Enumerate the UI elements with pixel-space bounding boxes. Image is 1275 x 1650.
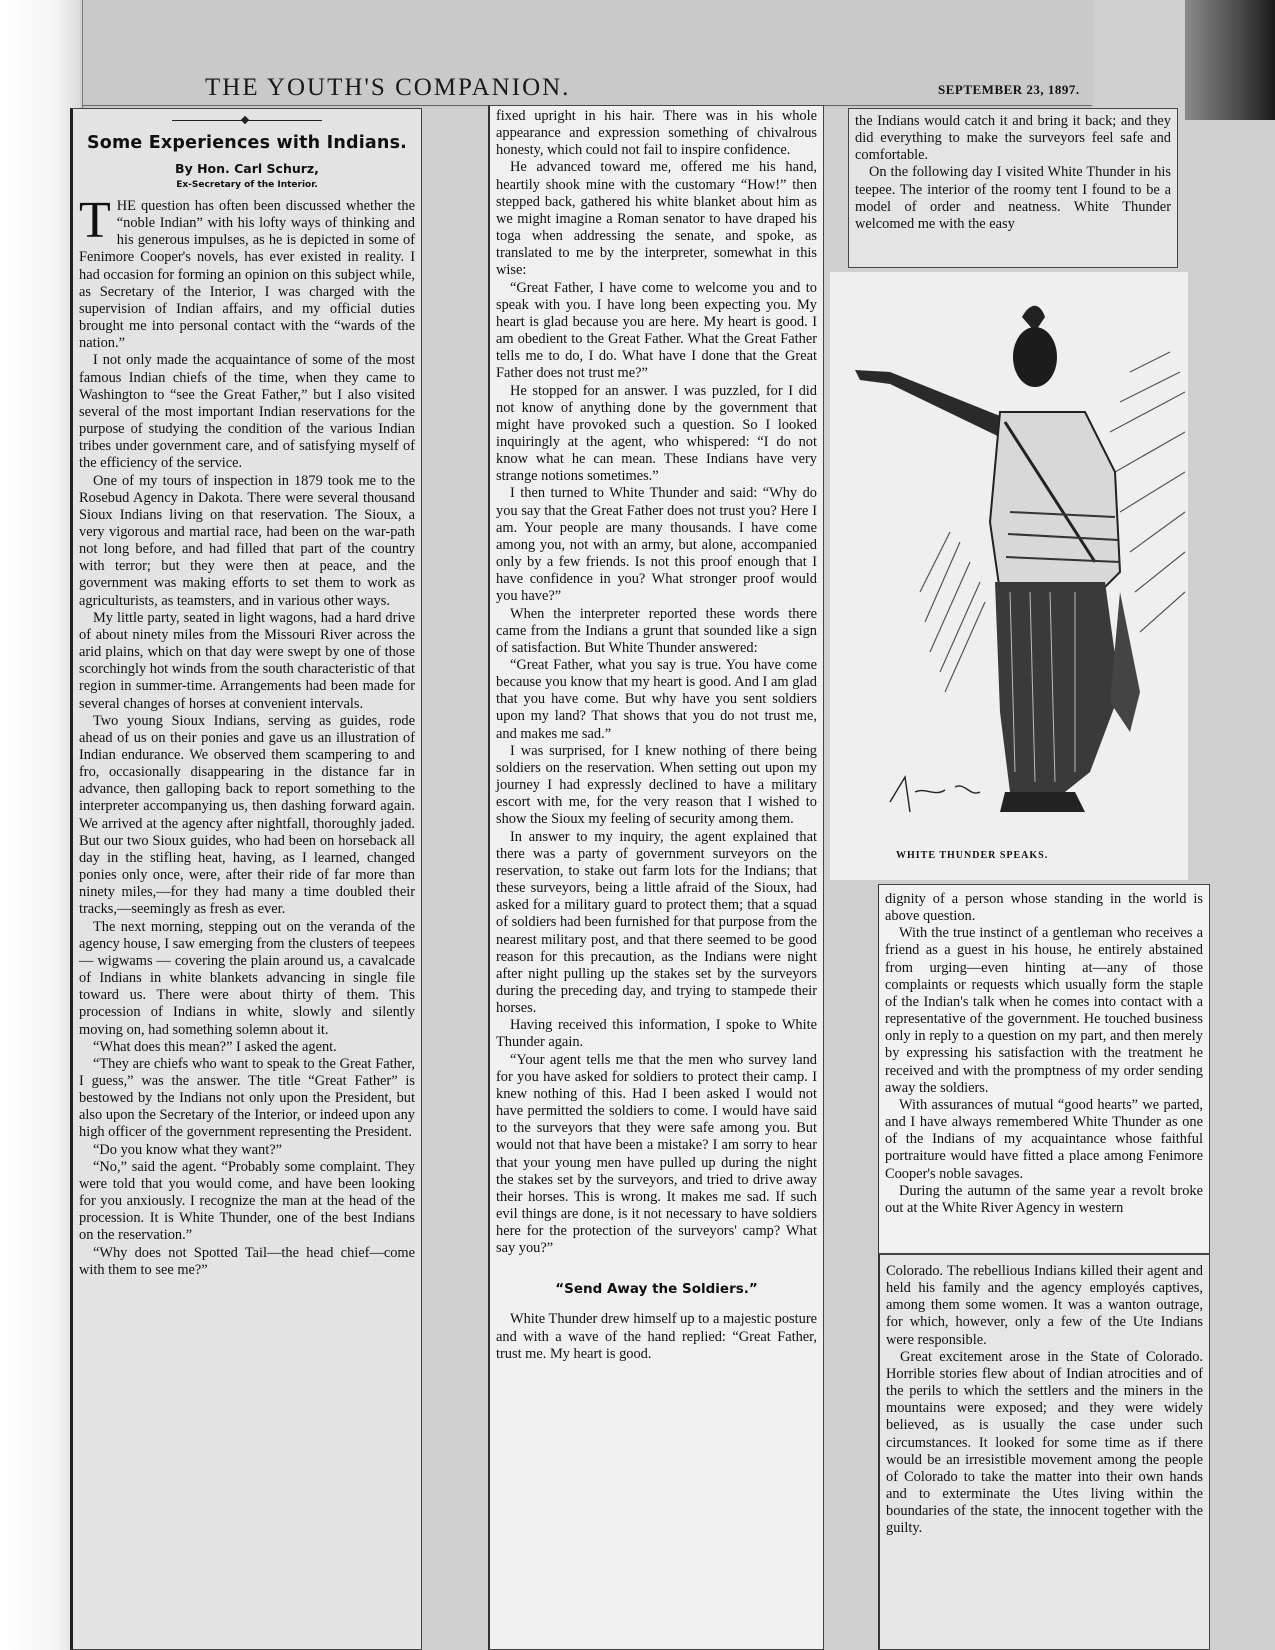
column-text: fixed upright in his hair. There was in … bbox=[496, 108, 817, 1257]
masthead-title: THE YOUTH'S COMPANION. bbox=[205, 74, 570, 102]
white-thunder-illustration-icon bbox=[830, 272, 1188, 880]
column-text: Colorado. The rebellious Indians killed … bbox=[886, 1263, 1203, 1538]
paragraph: Great excitement arose in the State of C… bbox=[886, 1349, 1203, 1538]
article-byline: By Hon. Carl Schurz, bbox=[79, 161, 415, 176]
paragraph: I was surprised, for I knew nothing of t… bbox=[496, 743, 817, 829]
column-text: THE question has often been discussed wh… bbox=[79, 198, 415, 1279]
illustration-panel bbox=[830, 272, 1188, 880]
paragraph: “They are chiefs who want to speak to th… bbox=[79, 1056, 415, 1142]
scan-margin-left bbox=[0, 0, 80, 1650]
paragraph: “Do you know what they want?” bbox=[79, 1142, 415, 1159]
paragraph: He stopped for an answer. I was puzzled,… bbox=[496, 383, 817, 486]
column-text: White Thunder drew himself up to a majes… bbox=[496, 1311, 817, 1362]
paragraph: White Thunder drew himself up to a majes… bbox=[496, 1311, 817, 1362]
paragraph: Colorado. The rebellious Indians killed … bbox=[886, 1263, 1203, 1349]
paragraph: My little party, seated in light wagons,… bbox=[79, 610, 415, 713]
paragraph: dignity of a person whose standing in th… bbox=[885, 891, 1203, 925]
paragraph: During the autumn of the same year a rev… bbox=[885, 1183, 1203, 1217]
paragraph: The next morning, stepping out on the ve… bbox=[79, 919, 415, 1039]
paragraph: I not only made the acquaintance of some… bbox=[79, 352, 415, 472]
article-column-right-bottom: Colorado. The rebellious Indians killed … bbox=[878, 1254, 1210, 1650]
paragraph: Having received this information, I spok… bbox=[496, 1017, 817, 1051]
illustration-caption: WHITE THUNDER SPEAKS. bbox=[896, 850, 1048, 861]
paragraph: Two young Sioux Indians, serving as guid… bbox=[79, 713, 415, 919]
paragraph: With the true instinct of a gentleman wh… bbox=[885, 925, 1203, 1097]
paragraph: “Your agent tells me that the men who su… bbox=[496, 1052, 817, 1258]
article-column-middle: fixed upright in his hair. There was in … bbox=[488, 105, 824, 1650]
paragraph: He advanced toward me, offered me his ha… bbox=[496, 159, 817, 279]
drop-cap: T bbox=[79, 200, 111, 242]
paragraph: “No,” said the agent. “Probably some com… bbox=[79, 1159, 415, 1245]
paragraph: One of my tours of inspection in 1879 to… bbox=[79, 473, 415, 610]
article-column-right-top: the Indians would catch it and bring it … bbox=[848, 108, 1178, 268]
column-text: dignity of a person whose standing in th… bbox=[885, 891, 1203, 1217]
issue-date: SEPTEMBER 23, 1897. bbox=[938, 82, 1080, 98]
ornament-divider-icon bbox=[172, 117, 322, 123]
paragraph: On the following day I visited White Thu… bbox=[855, 164, 1171, 233]
paragraph: “Why does not Spotted Tail—the head chie… bbox=[79, 1245, 415, 1279]
article-column-left: Some Experiences with Indians. By Hon. C… bbox=[70, 108, 422, 1650]
article-headline: Some Experiences with Indians. bbox=[79, 133, 415, 153]
article-column-right-middle: dignity of a person whose standing in th… bbox=[878, 884, 1210, 1254]
scan-shadow-right bbox=[1185, 0, 1275, 120]
paragraph: fixed upright in his hair. There was in … bbox=[496, 108, 817, 159]
paragraph: I then turned to White Thunder and said:… bbox=[496, 485, 817, 605]
paragraph: “What does this mean?” I asked the agent… bbox=[79, 1039, 415, 1056]
paragraph: When the interpreter reported these word… bbox=[496, 606, 817, 657]
paragraph: THE question has often been discussed wh… bbox=[79, 198, 415, 352]
column-text: the Indians would catch it and bring it … bbox=[855, 113, 1171, 233]
author-title: Ex-Secretary of the Interior. bbox=[79, 180, 415, 190]
paragraph: “Great Father, what you say is true. You… bbox=[496, 657, 817, 743]
paragraph: “Great Father, I have come to welcome yo… bbox=[496, 280, 817, 383]
paragraph: With assurances of mutual “good hearts” … bbox=[885, 1097, 1203, 1183]
paragraph: the Indians would catch it and bring it … bbox=[855, 113, 1171, 164]
paragraph: In answer to my inquiry, the agent expla… bbox=[496, 829, 817, 1018]
section-subhead: “Send Away the Soldiers.” bbox=[496, 1281, 817, 1297]
